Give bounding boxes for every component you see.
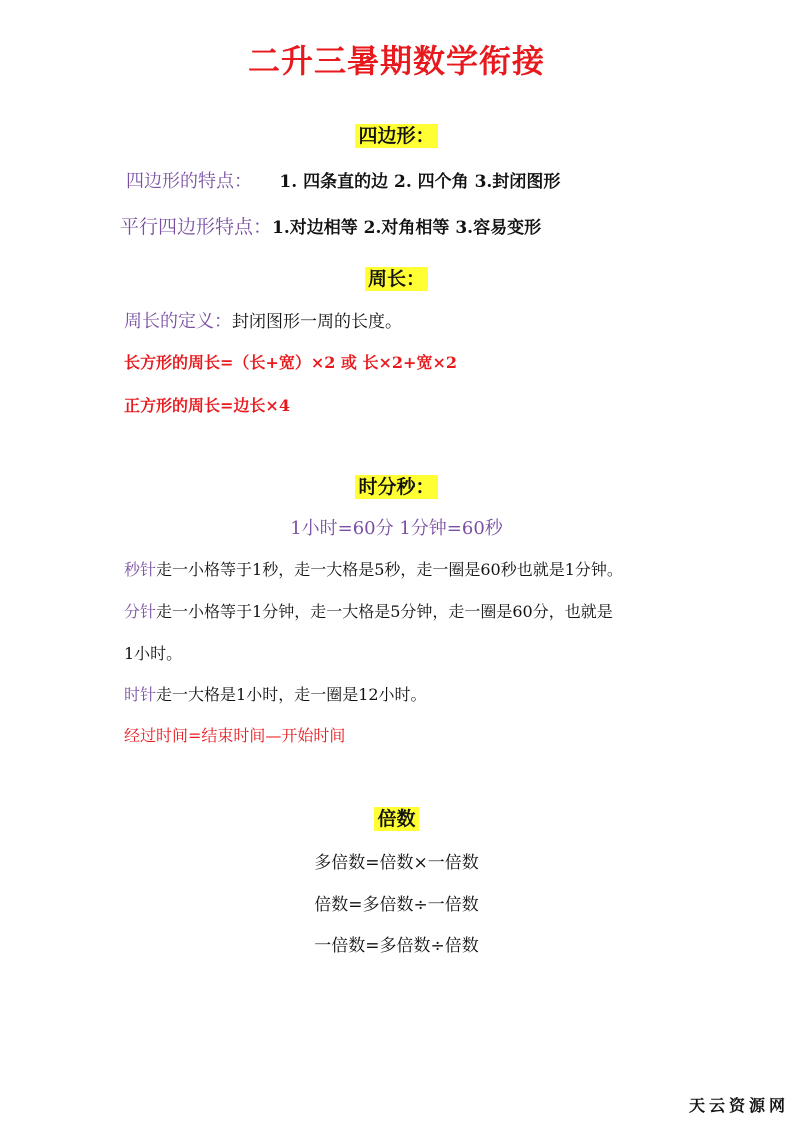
- features-label: 四边形的特点：: [126, 171, 252, 192]
- rectangle-perimeter-formula: 长方形的周长=（长+宽）×2 或 长×2+宽×2: [124, 350, 457, 373]
- hour-hand-label: 时针: [124, 685, 156, 704]
- section-perimeter-heading-wrap: 周长：: [0, 264, 793, 291]
- section-heading-multiples: 倍数: [374, 807, 418, 831]
- square-perimeter-formula: 正方形的周长=边长×4: [124, 393, 290, 416]
- minute-hand-line: 分针走一小格等于1分钟，走一大格是5分钟，走一圈是60分，也就是: [124, 599, 613, 622]
- parallelogram-text: 1.对边相等 2.对角相等 3.容易变形: [272, 218, 541, 238]
- section-heading-time: 时分秒：: [355, 475, 437, 499]
- definition-text: 封闭图形一周的长度。: [232, 312, 402, 332]
- perimeter-definition: 周长的定义：封闭图形一周的长度。: [124, 307, 402, 333]
- section-time-heading-wrap: 时分秒：: [0, 472, 793, 499]
- second-hand-label: 秒针: [124, 560, 156, 579]
- time-conversion: 1小时=60分 1分钟=60秒: [0, 514, 793, 540]
- definition-label: 周长的定义：: [124, 311, 232, 332]
- second-hand-line: 秒针走一小格等于1秒，走一大格是5秒，走一圈是60秒也就是1分钟。: [124, 557, 623, 580]
- page-title: 二升三暑期数学衔接: [0, 36, 793, 82]
- section-heading-quadrilateral: 四边形：: [355, 124, 437, 148]
- multiples-formula-2: 倍数=多倍数÷一倍数: [0, 890, 793, 915]
- second-hand-text: 走一小格等于1秒，走一大格是5秒，走一圈是60秒也就是1分钟。: [156, 560, 623, 579]
- minute-hand-text-continued: 1小时。: [124, 641, 182, 664]
- section-heading-perimeter: 周长：: [365, 267, 428, 291]
- hour-hand-text: 走一大格是1小时，走一圈是12小时。: [156, 685, 427, 704]
- minute-hand-label: 分针: [124, 602, 156, 621]
- section-quadrilateral-heading-wrap: 四边形：: [0, 121, 793, 148]
- features-text: 1. 四条直的边 2. 四个角 3.封闭图形: [279, 172, 560, 192]
- hour-hand-line: 时针走一大格是1小时，走一圈是12小时。: [124, 682, 427, 705]
- multiples-formula-3: 一倍数=多倍数÷倍数: [0, 931, 793, 956]
- minute-hand-text: 走一小格等于1分钟，走一大格是5分钟，走一圈是60分，也就是: [156, 602, 613, 621]
- parallelogram-label: 平行四边形特点：: [120, 216, 272, 238]
- quadrilateral-features: 四边形的特点： 1. 四条直的边 2. 四个角 3.封闭图形: [126, 167, 560, 193]
- section-multiples-heading-wrap: 倍数: [0, 804, 793, 831]
- multiples-formula-1: 多倍数=倍数×一倍数: [0, 848, 793, 873]
- watermark: 天云资源网: [689, 1093, 789, 1116]
- elapsed-time-formula: 经过时间=结束时间—开始时间: [124, 723, 345, 746]
- parallelogram-features: 平行四边形特点：1.对边相等 2.对角相等 3.容易变形: [120, 212, 541, 239]
